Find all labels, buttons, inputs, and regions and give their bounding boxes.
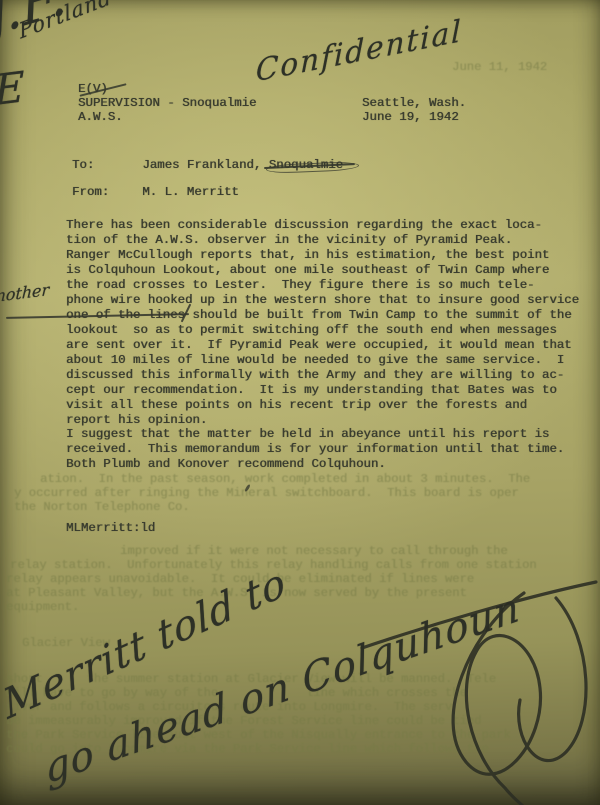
handwritten-margin-letter: E [0, 62, 25, 115]
body-line: discussed this informally with the Army … [66, 368, 579, 383]
memo-org-line: A.W.S. [78, 110, 123, 125]
to-name: James Frankland, [142, 158, 268, 172]
file-code-struck: (V) [85, 82, 107, 97]
struck-phrase: one of the lines [66, 308, 185, 323]
body-line: cept our recommendation. It is my unders… [66, 383, 579, 398]
ghost-bleedthrough-line: equipment. [6, 600, 79, 614]
body-line: I suggest that the matter be held in abe… [66, 427, 564, 442]
body-line: phone wire hooked up in the western shor… [66, 293, 579, 308]
ghost-bleedthrough-line: y occurred after ringing the Mineral swi… [14, 486, 519, 500]
ghost-bleedthrough-line: June 11, 1942 [452, 60, 547, 74]
body-line: about 10 miles of line would be needed t… [66, 353, 579, 368]
body-line-rest: should be built from Twin Camp to the su… [185, 308, 572, 322]
memo-page: June 11, 1942ation. In the past season, … [0, 0, 600, 805]
memo-file-code: E(V) [78, 82, 108, 97]
from-label: From: [72, 185, 109, 199]
body-line: visit all these points on his recent tri… [66, 398, 579, 413]
body-line: are sent over it. If Pyramid Peak were o… [66, 338, 579, 353]
body-line: report his opinion. [66, 413, 579, 428]
memo-office-line: SUPERVISION - Snoqualmie [78, 96, 256, 111]
to-row: To:James Frankland, Snoqualmie [72, 158, 343, 173]
body-line: received. This memorandum is for your in… [66, 442, 564, 457]
ghost-bleedthrough-line: the Norton Telephone Co. [14, 500, 190, 514]
from-name: M. L. Merritt [142, 185, 239, 199]
ghost-bleedthrough-line: ation. In the past season, work complete… [40, 472, 530, 486]
body-line: lookout so as to permit switching off th… [66, 323, 579, 338]
body-line: tion of the A.W.S. observer in the vicin… [66, 233, 579, 248]
from-row: From:M. L. Merritt [72, 185, 239, 200]
body-line: Ranger McCullough reports that, in his e… [66, 248, 579, 263]
memo-place: Seattle, Wash. [362, 96, 466, 111]
body-line: is Colquhoun Lookout, about one mile sou… [66, 263, 579, 278]
body-line: Both Plumb and Konover recommend Colquho… [66, 457, 564, 472]
body-paragraph-1: There has been considerable discussion r… [66, 218, 579, 428]
body-line: There has been considerable discussion r… [66, 218, 579, 233]
typist-initials: MLMerritt:ld [66, 521, 155, 536]
body-line: one of the lines should be built from Tw… [66, 308, 579, 323]
to-struck-location: Snoqualmie [269, 158, 343, 173]
body-line: the road crosses to Lester. They figure … [66, 278, 579, 293]
to-label: To: [72, 158, 94, 172]
body-paragraph-2: I suggest that the matter be held in abe… [66, 427, 564, 472]
memo-date: June 19, 1942 [362, 110, 459, 125]
